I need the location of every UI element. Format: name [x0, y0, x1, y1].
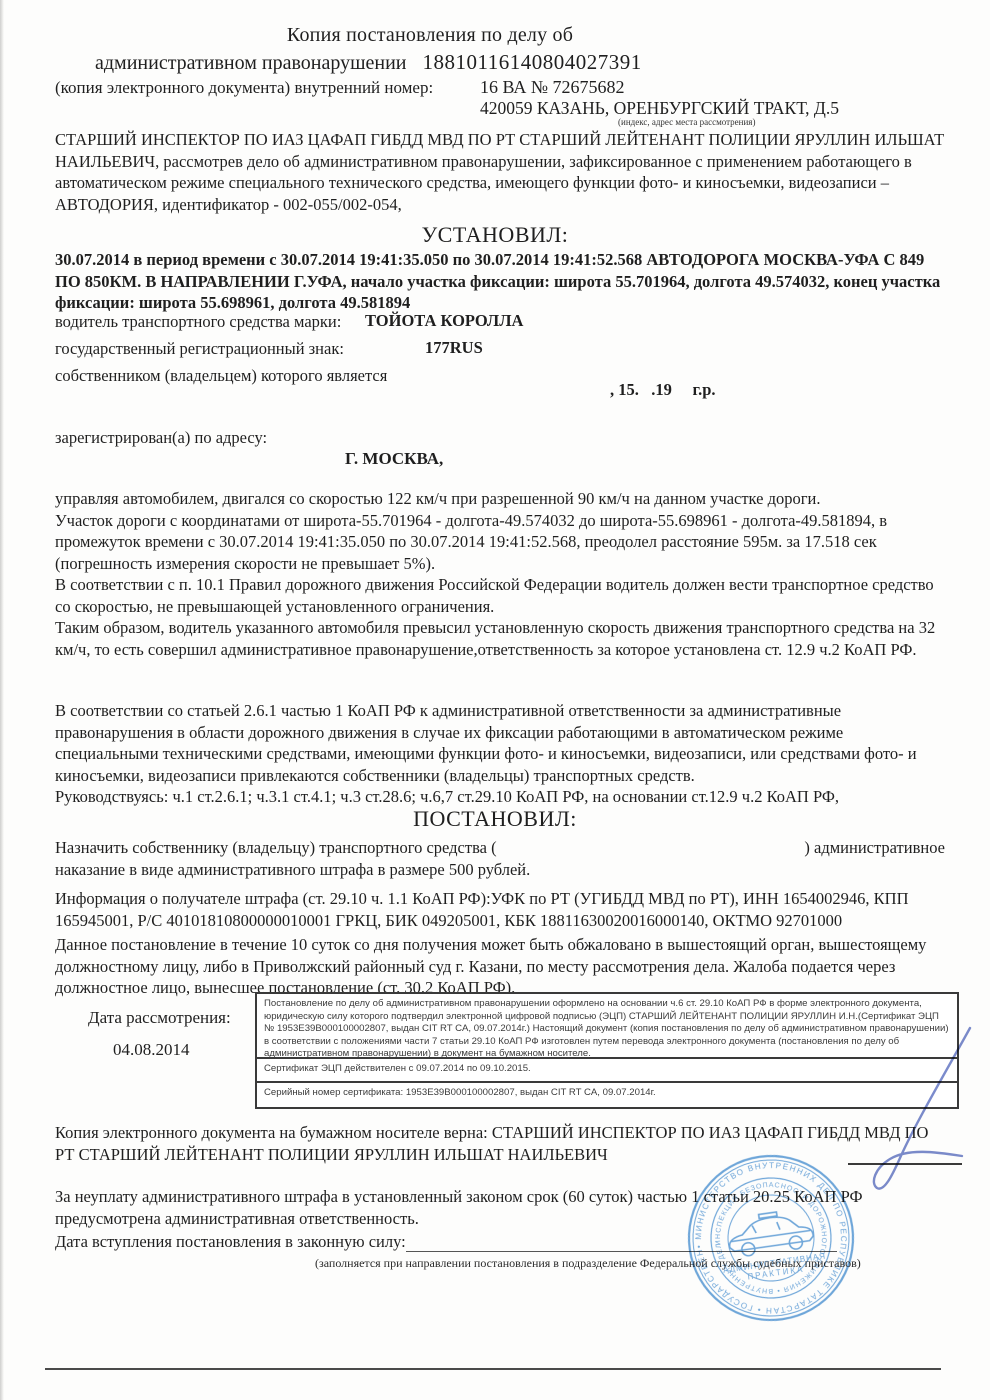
review-date-value: 04.08.2014 [113, 1040, 190, 1060]
ustanovil-heading: УСТАНОВИЛ: [0, 222, 990, 248]
owner-birthdate-fragment: , 15. .19 г.р. [610, 380, 716, 400]
doc-title-line2: административном правонарушении [95, 52, 407, 74]
resolution-line1: Назначить собственнику (владельцу) транс… [55, 838, 945, 858]
resolution-post: ) административное [804, 838, 945, 858]
stamp-middle-circle [703, 1170, 839, 1306]
reg-plate-label: государственный регистрационный знак: [55, 339, 344, 359]
internal-number-value: 16 ВА № 72675682 [480, 77, 625, 98]
entry-into-force-label: Дата вступления постановления в законную… [55, 1232, 406, 1252]
document-page: Копия постановления по делу об администр… [0, 0, 990, 1400]
postanovil-heading: ПОСТАНОВИЛ: [0, 806, 990, 832]
inspector-intro-paragraph: СТАРШИЙ ИНСПЕКТОР ПО ИАЗ ЦАФАП ГИБДД МВД… [55, 129, 945, 215]
liability-paragraph: В соответствии со статьей 2.6.1 частью 1… [55, 700, 945, 808]
registered-address-value: Г. МОСКВА, [345, 449, 443, 469]
appeal-paragraph: Данное постановление в течение 10 суток … [55, 934, 945, 999]
owner-label: собственником (владельцем) которого явля… [55, 366, 387, 386]
incident-paragraph: 30.07.2014 в период времени с 30.07.2014… [55, 249, 945, 314]
stamp-outer-circle [678, 1145, 863, 1330]
stamp-outer-circle-2 [683, 1150, 859, 1326]
internal-number-label: (копия электронного документа) внутренни… [55, 78, 433, 98]
place-address-hint: (индекс, адрес места рассмотрения) [618, 117, 755, 127]
reg-plate-value: 177RUS [425, 338, 483, 358]
case-number: 18810116140804027391 [423, 50, 642, 74]
police-round-stamp: • МИНИСТЕРСТВО ВНУТРЕННИХ ДЕЛ ПО РЕСПУБЛ… [669, 1136, 872, 1339]
place-address: 420059 КАЗАНЬ, ОРЕНБУРГСКИЙ ТРАКТ, Д.5 [480, 98, 839, 119]
page-bottom-rule [45, 1368, 941, 1370]
review-date-label: Дата рассмотрения: [88, 1008, 231, 1028]
stamp-outer-ring-text: • МИНИСТЕРСТВО ВНУТРЕННИХ ДЕЛ ПО РЕСПУБЛ… [669, 1136, 858, 1327]
vehicle-brand-label: водитель транспортного средства марки: [55, 312, 341, 332]
resolution-owner-blank [497, 838, 805, 858]
registered-address-label: зарегистрирован(а) по адресу: [55, 428, 267, 448]
resolution-line2: наказание в виде административного штраф… [55, 860, 530, 880]
resolution-pre: Назначить собственнику (владельцу) транс… [55, 838, 497, 858]
police-car-icon [726, 1207, 815, 1258]
doc-title-line1: Копия постановления по делу об [0, 24, 860, 47]
payment-info-paragraph: Информация о получателе штрафа (ст. 29.1… [55, 888, 945, 931]
violation-facts-paragraph: управляя автомобилем, двигался со скорос… [55, 488, 945, 660]
doc-title-row2: административном правонарушении188101161… [95, 50, 642, 75]
vehicle-brand-value: ТОЙОТА КОРОЛЛА [365, 311, 523, 331]
